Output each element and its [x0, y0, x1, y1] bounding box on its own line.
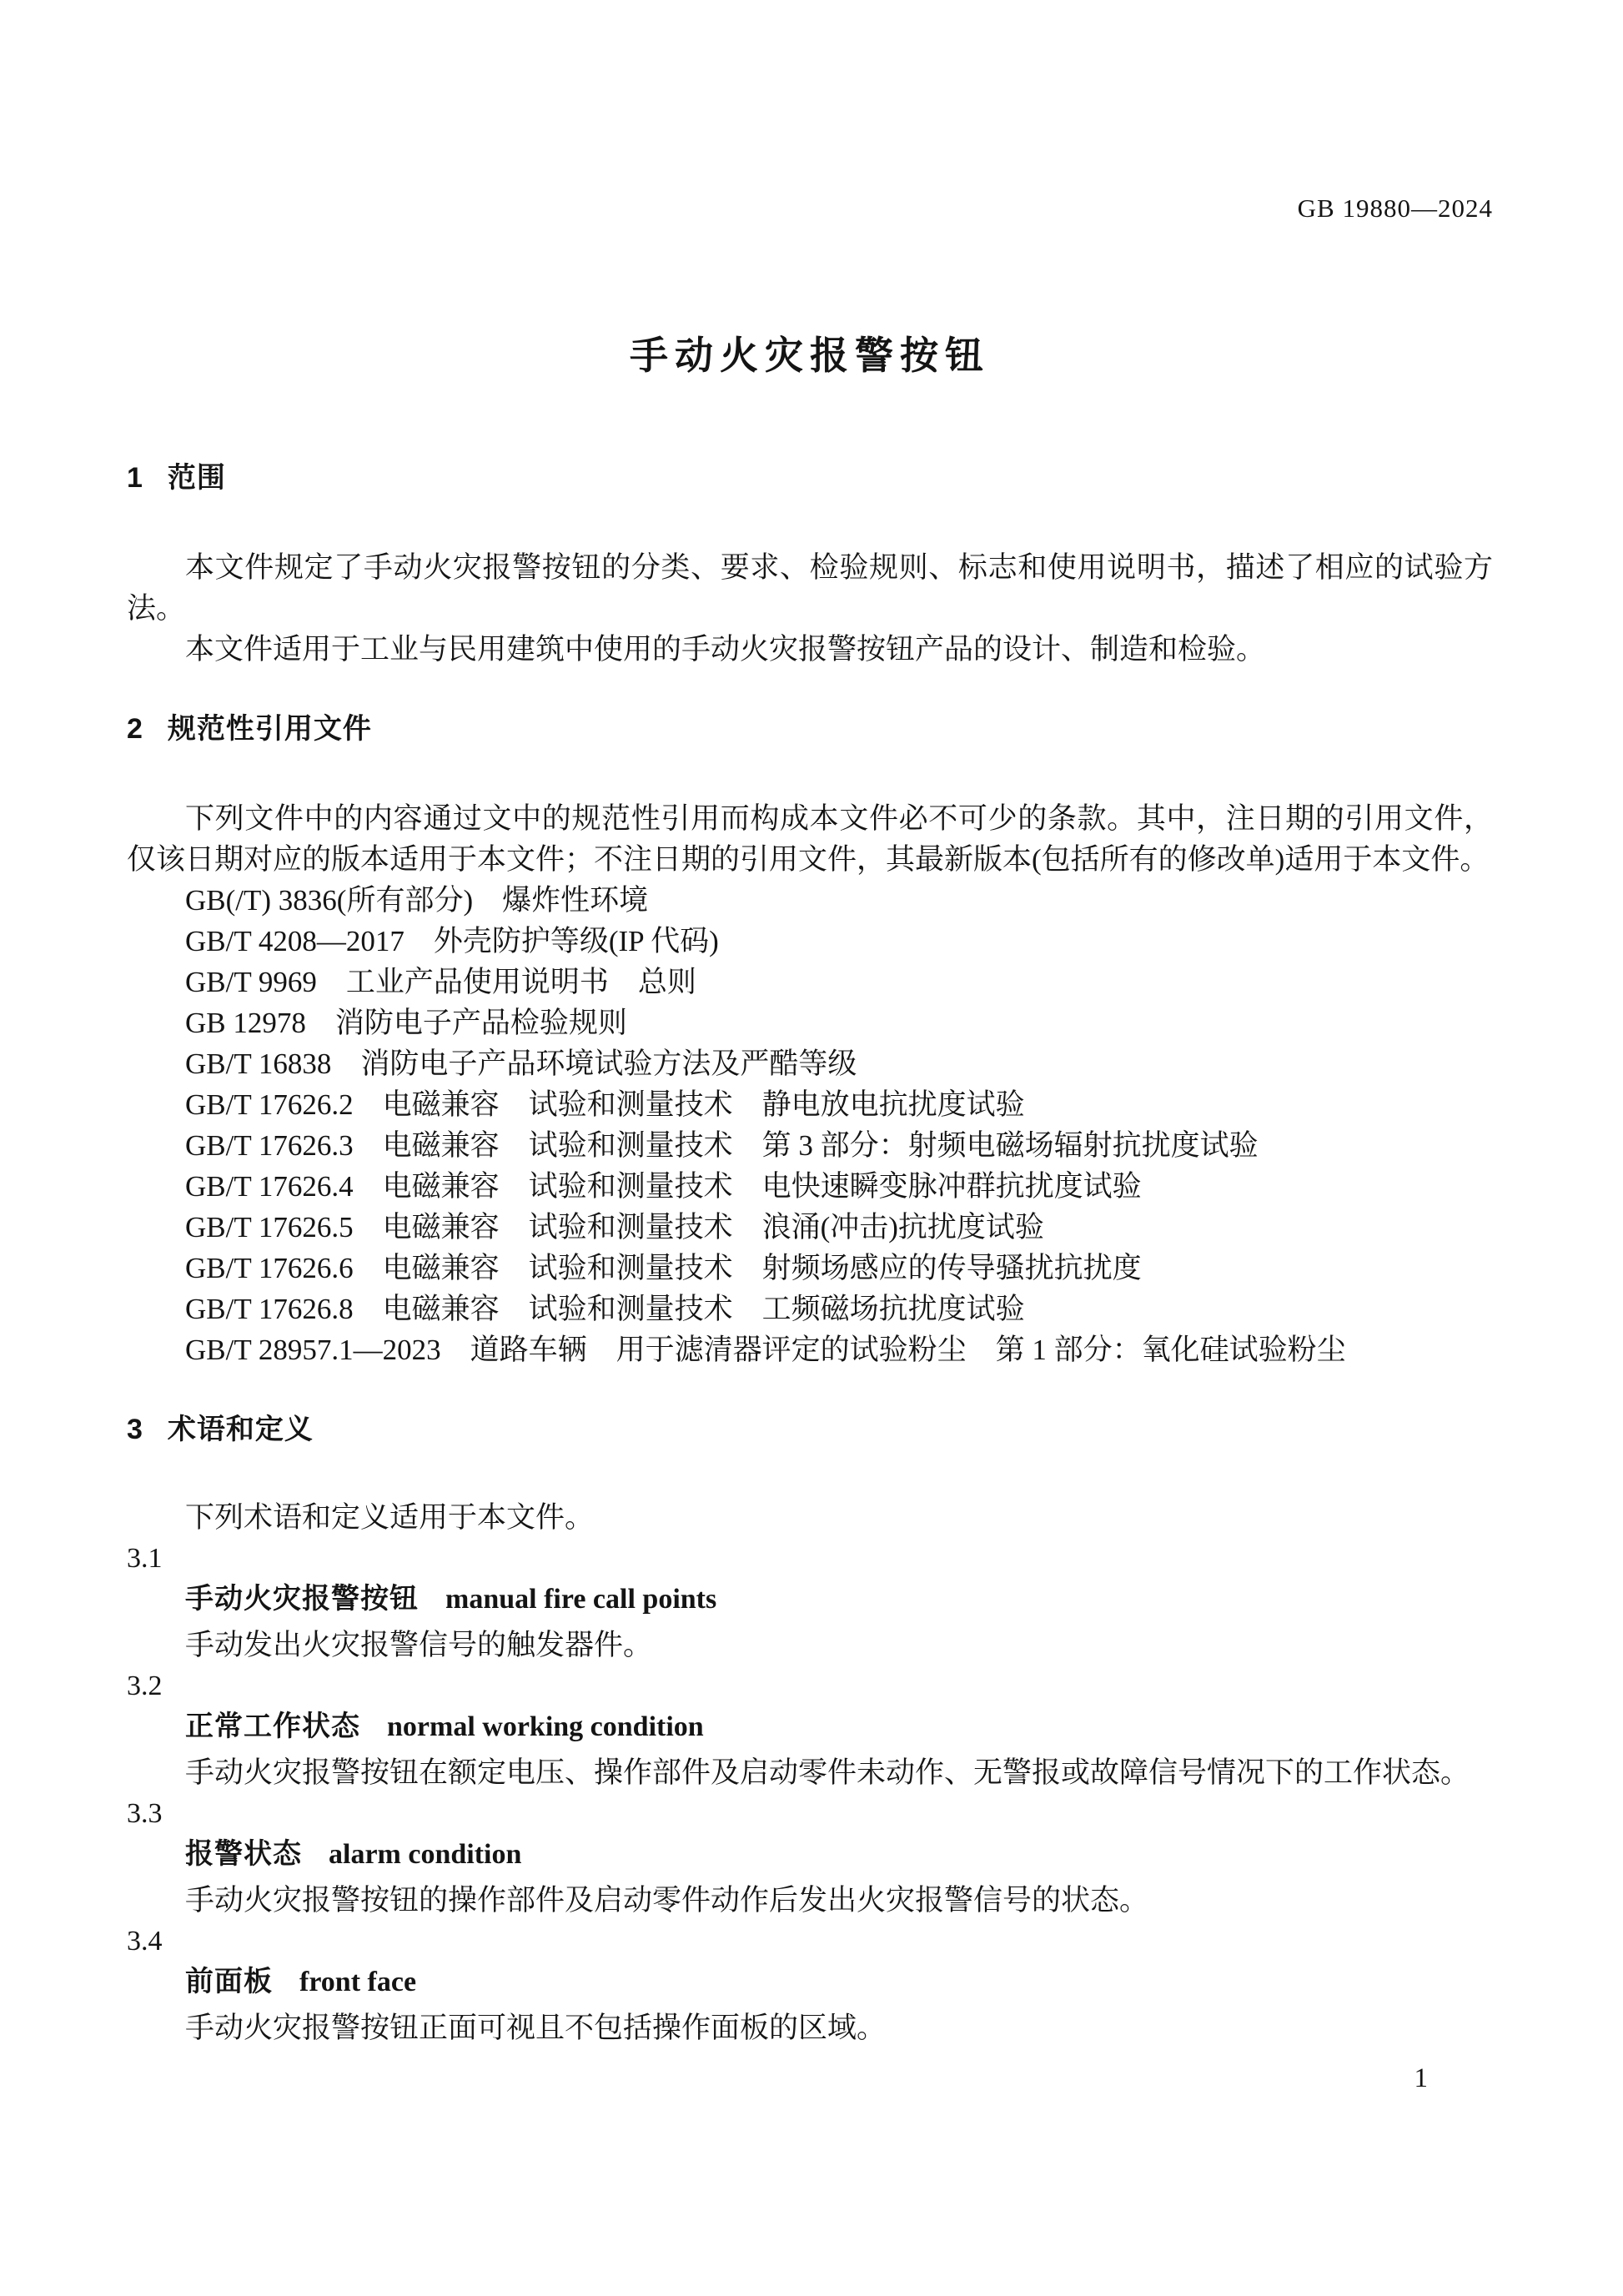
term-name: 手动火灾报警按钮manual fire call points [127, 1579, 1493, 1625]
reference-item: GB/T 17626.8 电磁兼容 试验和测量技术 工频磁场抗扰度试验 [127, 1289, 1493, 1329]
term-name: 报警状态alarm condition [127, 1834, 1493, 1880]
standard-code: GB 19880—2024 [127, 193, 1493, 224]
term-definition: 手动火灾报警按钮在额定电压、操作部件及启动零件未动作、无警报或故障信号情况下的工… [127, 1752, 1493, 1793]
term-entry: 3.3 报警状态alarm condition 手动火灾报警按钮的操作部件及启动… [127, 1793, 1493, 1921]
section-1-title: 范围 [168, 462, 226, 494]
term-name-zh: 前面板 [185, 1966, 273, 1997]
section-3-title: 术语和定义 [168, 1414, 314, 1445]
term-name-zh: 报警状态 [185, 1838, 302, 1870]
reference-item: GB/T 17626.6 电磁兼容 试验和测量技术 射频场感应的传导骚扰抗扰度 [127, 1248, 1493, 1289]
reference-item: GB/T 17626.5 电磁兼容 试验和测量技术 浪涌(冲击)抗扰度试验 [127, 1207, 1493, 1248]
section-3-number: 3 [127, 1414, 143, 1445]
term-number: 3.1 [127, 1538, 1493, 1579]
term-name-zh: 手动火灾报警按钮 [185, 1583, 419, 1615]
document-title: 手动火灾报警按钮 [127, 330, 1493, 380]
term-entry: 3.2 正常工作状态normal working condition 手动火灾报… [127, 1665, 1493, 1793]
reference-item: GB/T 4208—2017 外壳防护等级(IP 代码) [127, 921, 1493, 962]
term-name-en: normal working condition [387, 1711, 704, 1742]
term-definition: 手动火灾报警按钮正面可视且不包括操作面板的区域。 [127, 2007, 1493, 2048]
reference-item: GB/T 17626.3 电磁兼容 试验和测量技术 第 3 部分：射频电磁场辐射… [127, 1125, 1493, 1166]
term-definition: 手动火灾报警按钮的操作部件及启动零件动作后发出火灾报警信号的状态。 [127, 1880, 1493, 1921]
section-2-title: 规范性引用文件 [168, 713, 372, 745]
reference-item: GB/T 17626.2 电磁兼容 试验和测量技术 静电放电抗扰度试验 [127, 1084, 1493, 1125]
term-number: 3.4 [127, 1921, 1493, 1962]
page-number: 1 [127, 2058, 1493, 2099]
term-name-en: front face [299, 1967, 416, 1997]
term-name-zh: 正常工作状态 [185, 1711, 360, 1742]
section-1-heading: 1范围 [127, 462, 1493, 494]
reference-item: GB/T 28957.1—2023 道路车辆 用于滤清器评定的试验粉尘 第 1 … [127, 1329, 1493, 1370]
section-3-intro: 下列术语和定义适用于本文件。 [127, 1497, 1493, 1538]
section-2-number: 2 [127, 713, 143, 745]
reference-item: GB/T 16838 消防电子产品环境试验方法及严酷等级 [127, 1043, 1493, 1084]
section-2-intro: 下列文件中的内容通过文中的规范性引用而构成本文件必不可少的条款。其中，注日期的引… [127, 798, 1493, 880]
reference-item: GB(/T) 3836(所有部分) 爆炸性环境 [127, 880, 1493, 921]
term-definition: 手动发出火灾报警信号的触发器件。 [127, 1625, 1493, 1665]
term-name: 前面板front face [127, 1962, 1493, 2007]
section-2-heading: 2规范性引用文件 [127, 713, 1493, 745]
section-1-paragraph-1: 本文件规定了手动火灾报警按钮的分类、要求、检验规则、标志和使用说明书，描述了相应… [127, 547, 1493, 629]
reference-item: GB/T 17626.4 电磁兼容 试验和测量技术 电快速瞬变脉冲群抗扰度试验 [127, 1166, 1493, 1207]
term-name-en: manual fire call points [445, 1584, 716, 1615]
reference-list: GB(/T) 3836(所有部分) 爆炸性环境 GB/T 4208—2017 外… [127, 880, 1493, 1370]
term-entry: 3.1 手动火灾报警按钮manual fire call points 手动发出… [127, 1538, 1493, 1665]
document-page: GB 19880—2024 手动火灾报警按钮 1范围 本文件规定了手动火灾报警按… [0, 0, 1623, 2296]
term-name: 正常工作状态normal working condition [127, 1706, 1493, 1752]
reference-item: GB 12978 消防电子产品检验规则 [127, 1002, 1493, 1043]
term-entry: 3.4 前面板front face 手动火灾报警按钮正面可视且不包括操作面板的区… [127, 1921, 1493, 2048]
section-3-heading: 3术语和定义 [127, 1414, 1493, 1445]
section-1-number: 1 [127, 462, 143, 494]
term-number: 3.2 [127, 1665, 1493, 1706]
term-name-en: alarm condition [329, 1839, 521, 1870]
reference-item: GB/T 9969 工业产品使用说明书 总则 [127, 962, 1493, 1002]
section-1-paragraph-2: 本文件适用于工业与民用建筑中使用的手动火灾报警按钮产品的设计、制造和检验。 [127, 629, 1493, 670]
term-number: 3.3 [127, 1793, 1493, 1834]
